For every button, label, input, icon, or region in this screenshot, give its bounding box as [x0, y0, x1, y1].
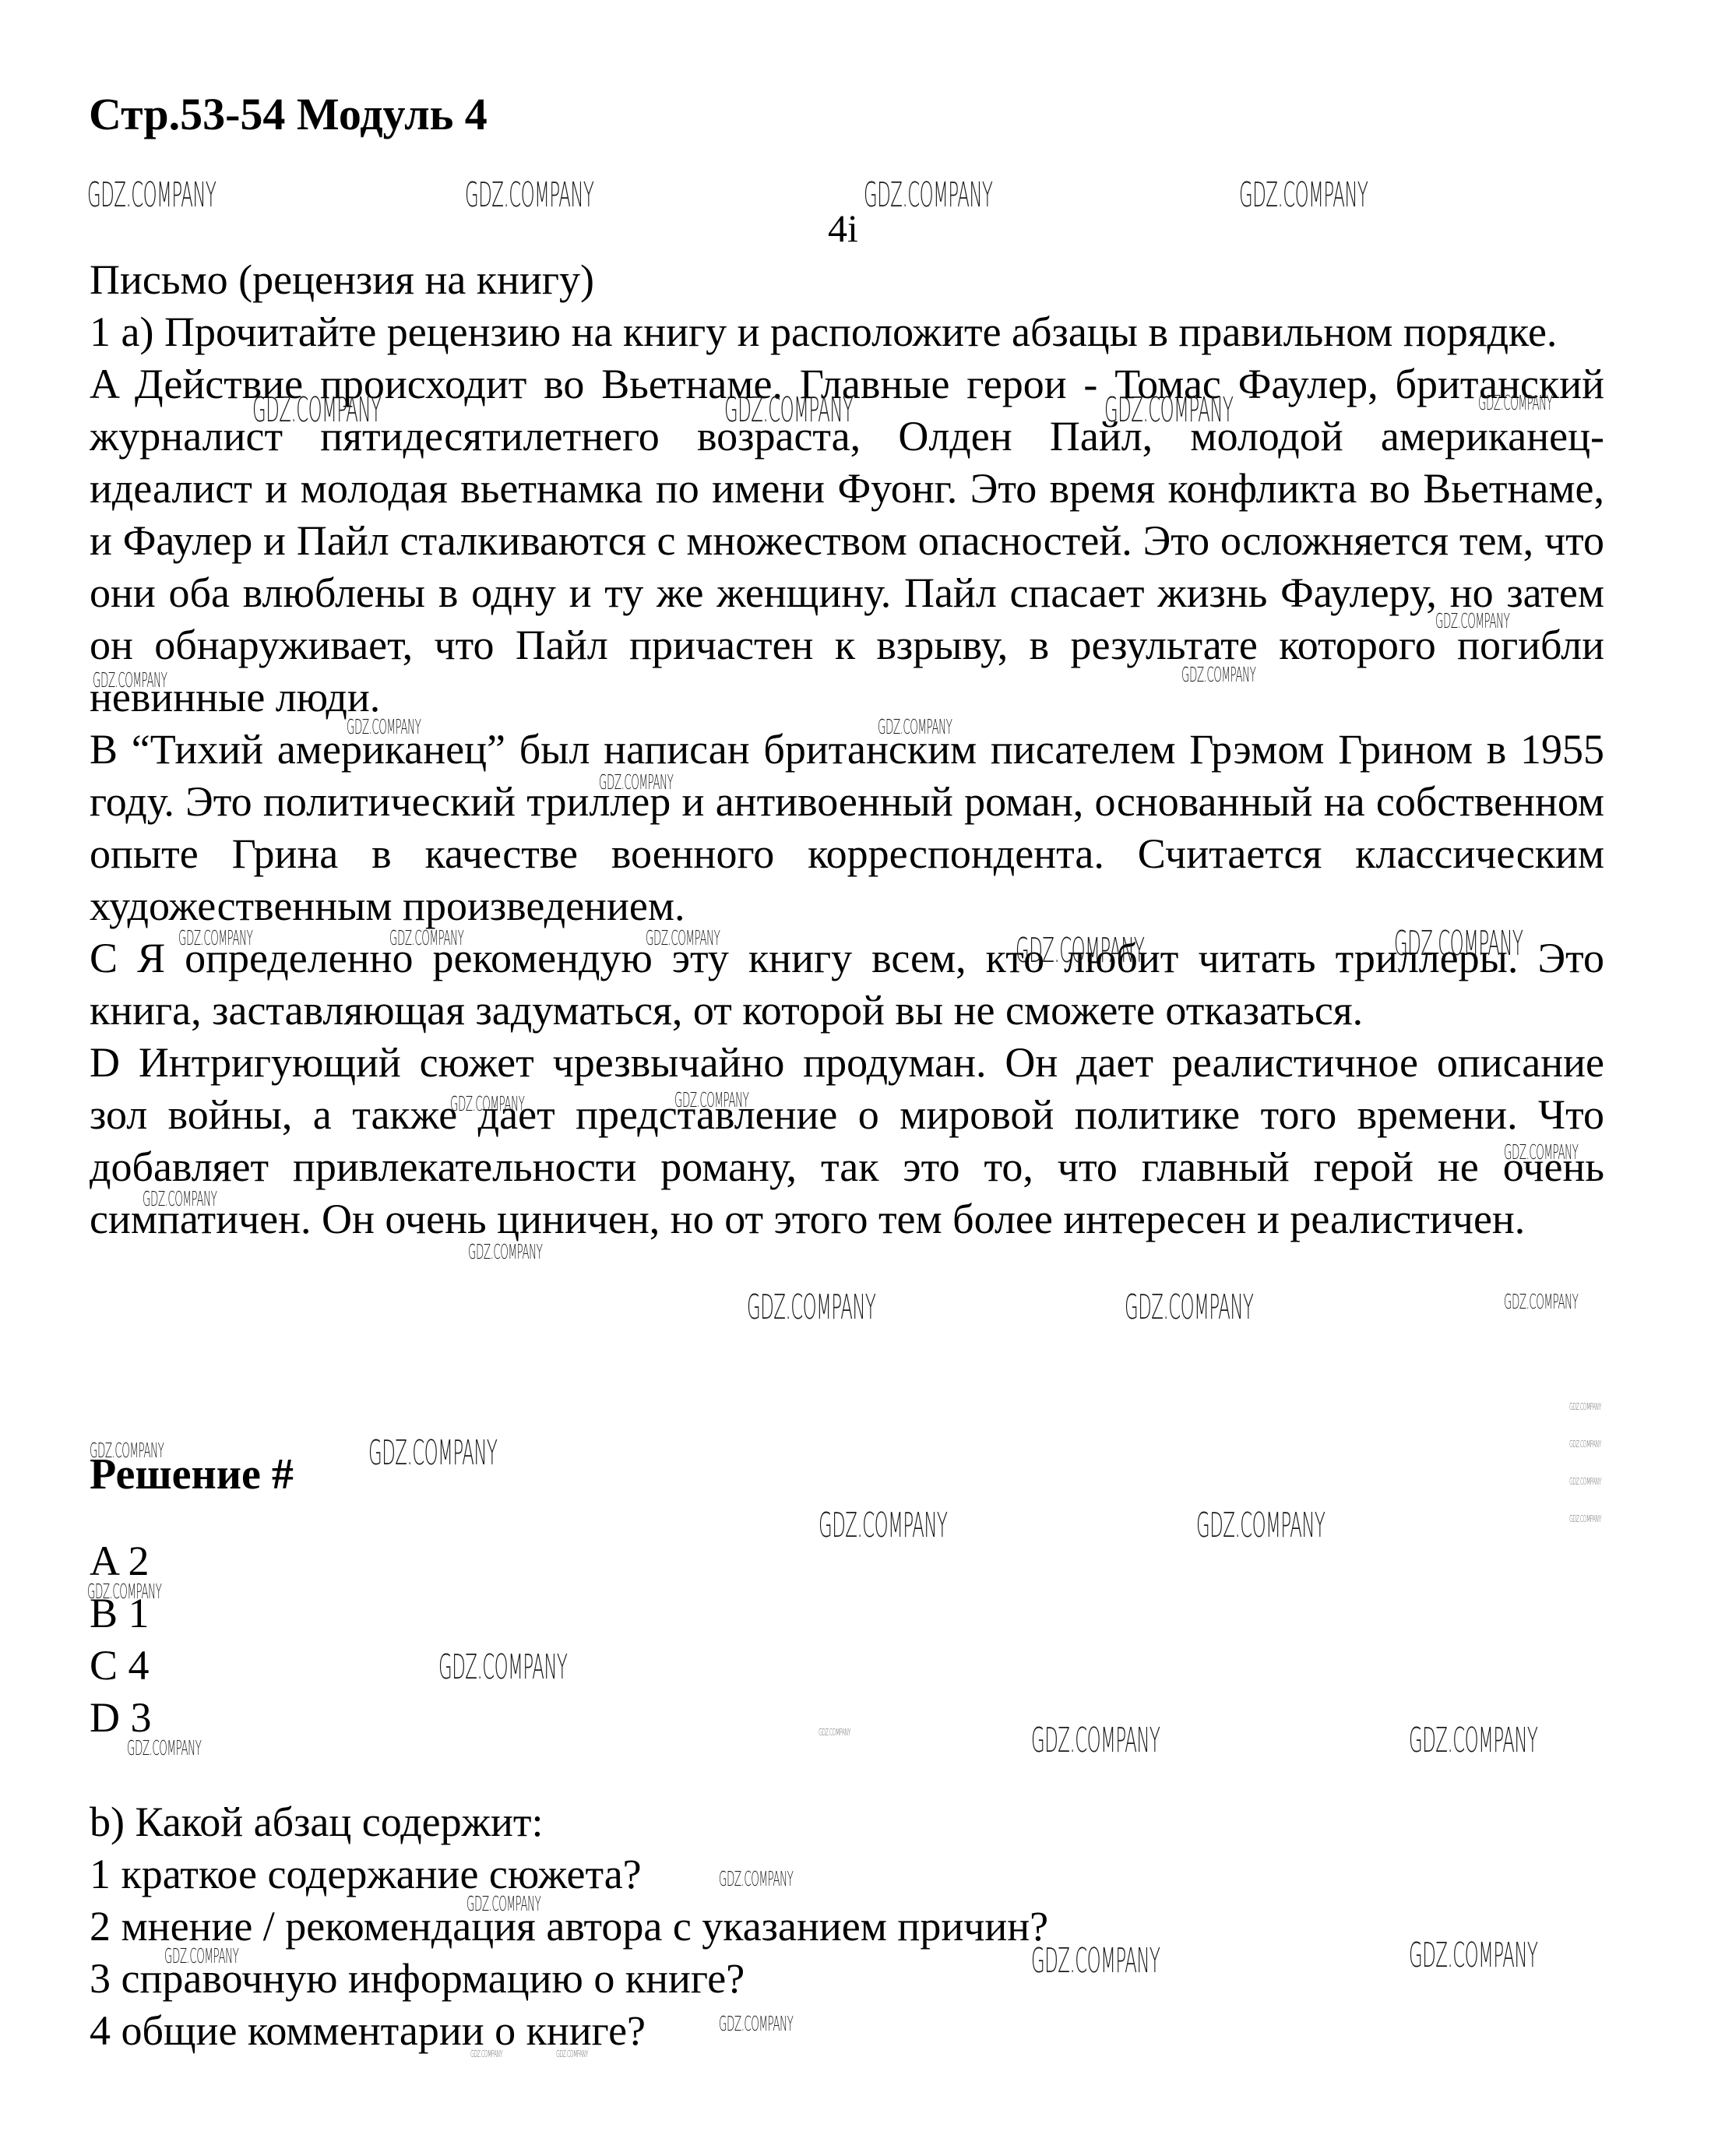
- answer-item: A 2: [90, 1535, 152, 1587]
- section-heading: Письмо (рецензия на книгу): [90, 254, 1604, 306]
- watermark: GDZ.COMPANY: [724, 393, 853, 428]
- watermark: GDZ.COMPANY: [1569, 1402, 1601, 1411]
- watermark: GDZ.COMPANY: [164, 1946, 238, 1967]
- watermark: GDZ.COMPANY: [1478, 393, 1552, 414]
- watermark: GDZ.COMPANY: [389, 928, 463, 949]
- answer-item: D 3: [90, 1692, 152, 1744]
- question-item: 1 краткое содержание сюжета?: [90, 1848, 1048, 1901]
- watermark: GDZ.COMPANY: [1196, 1509, 1325, 1543]
- watermark: GDZ.COMPANY: [465, 178, 593, 213]
- answer-list: A 2 B 1 C 4 D 3: [90, 1535, 152, 1744]
- watermark: GDZ.COMPANY: [1435, 611, 1509, 632]
- watermark: GDZ.COMPANY: [878, 717, 952, 738]
- watermark: GDZ.COMPANY: [556, 2049, 588, 2059]
- watermark: GDZ.COMPANY: [819, 1509, 947, 1543]
- watermark: GDZ.COMPANY: [1569, 1477, 1601, 1486]
- watermark: GDZ.COMPANY: [1569, 1514, 1601, 1524]
- watermark: GDZ.COMPANY: [470, 2049, 502, 2059]
- watermark: GDZ.COMPANY: [143, 1189, 217, 1210]
- task-b-heading: b) Какой абзац содержит:: [90, 1796, 1048, 1848]
- watermark: GDZ.COMPANY: [719, 1869, 793, 1890]
- watermark: GDZ.COMPANY: [438, 1650, 567, 1685]
- watermark: GDZ.COMPANY: [1409, 1939, 1537, 1973]
- watermark: GDZ.COMPANY: [646, 928, 720, 949]
- watermark: GDZ.COMPANY: [719, 2014, 793, 2034]
- watermark: GDZ.COMPANY: [1125, 1291, 1253, 1325]
- watermark: GDZ.COMPANY: [87, 1582, 161, 1602]
- task-a-instruction: 1 a) Прочитайте рецензию на книгу и расп…: [90, 306, 1604, 358]
- paragraph-b: B “Тихий американец” был написан британс…: [90, 724, 1604, 932]
- watermark: GDZ.COMPANY: [864, 178, 992, 213]
- paragraph-c: C Я определенно рекомендую эту книгу все…: [90, 932, 1604, 1037]
- task-b-section: b) Какой абзац содержит: 1 краткое содер…: [90, 1796, 1048, 2057]
- watermark: GDZ.COMPANY: [1569, 1439, 1601, 1449]
- answer-item: C 4: [90, 1640, 152, 1692]
- page-title: Стр.53-54 Модуль 4: [89, 92, 488, 137]
- watermark: GDZ.COMPANY: [1394, 927, 1523, 961]
- watermark: GDZ.COMPANY: [347, 717, 421, 738]
- watermark: GDZ.COMPANY: [1016, 934, 1144, 968]
- paragraph-d: D Интригующий сюжет чрезвычайно продуман…: [90, 1037, 1604, 1245]
- watermark: GDZ.COMPANY: [599, 773, 673, 793]
- watermark: GDZ.COMPANY: [1181, 665, 1255, 685]
- watermark: GDZ.COMPANY: [93, 671, 167, 691]
- watermark: GDZ.COMPANY: [178, 928, 252, 949]
- watermark: GDZ.COMPANY: [127, 1739, 201, 1759]
- watermark: GDZ.COMPANY: [90, 1441, 164, 1461]
- watermark: GDZ.COMPANY: [252, 393, 381, 428]
- watermark: GDZ.COMPANY: [1104, 393, 1233, 428]
- watermark: GDZ.COMPANY: [368, 1436, 497, 1471]
- watermark: GDZ.COMPANY: [1504, 1143, 1578, 1163]
- watermark: GDZ.COMPANY: [87, 178, 216, 213]
- watermark: GDZ.COMPANY: [450, 1094, 524, 1115]
- watermark: GDZ.COMPANY: [1031, 1724, 1160, 1758]
- watermark: GDZ.COMPANY: [1239, 178, 1368, 213]
- watermark: GDZ.COMPANY: [1504, 1292, 1578, 1312]
- watermark: GDZ.COMPANY: [468, 1242, 542, 1263]
- watermark: GDZ.COMPANY: [466, 1894, 540, 1915]
- watermark: GDZ.COMPANY: [747, 1291, 875, 1325]
- watermark: GDZ.COMPANY: [1031, 1944, 1160, 1978]
- watermark: GDZ.COMPANY: [674, 1090, 748, 1111]
- watermark: GDZ.COMPANY: [819, 1728, 850, 1737]
- page-marker: 4i: [828, 209, 858, 248]
- watermark: GDZ.COMPANY: [1409, 1724, 1537, 1758]
